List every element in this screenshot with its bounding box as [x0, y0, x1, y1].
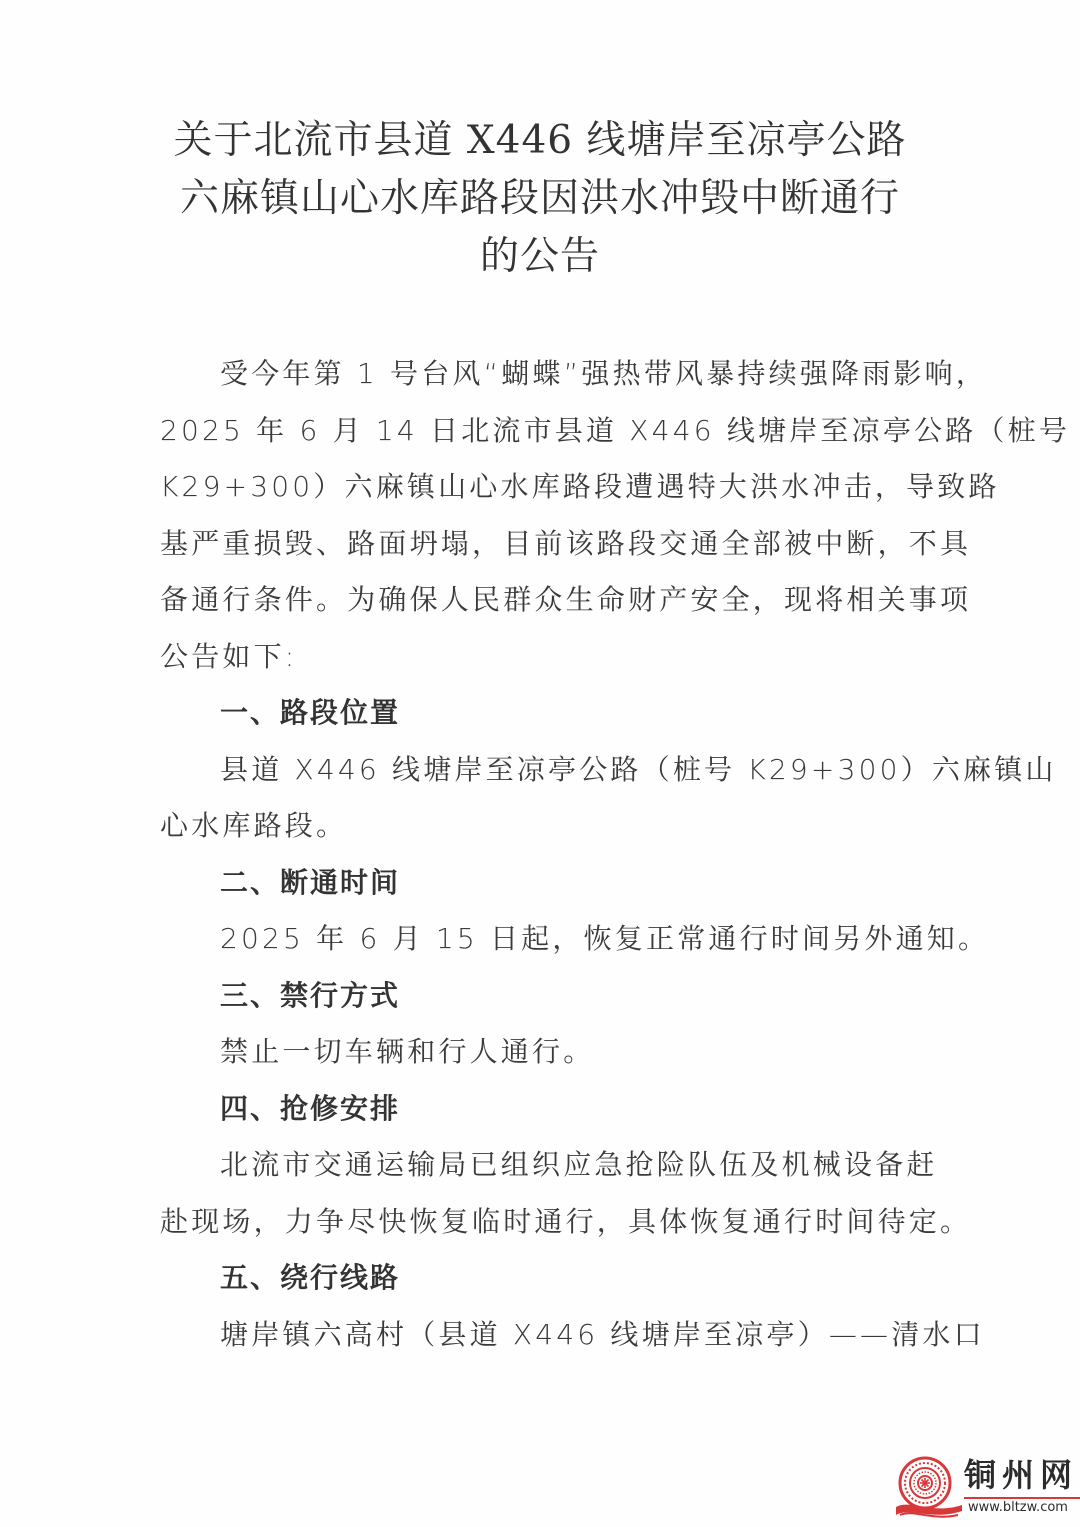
intro-line: 备通行条件。为确保人民群众生命财产安全，现将相关事项	[160, 572, 912, 629]
site-watermark: 铜州网 www.bltzw.com	[892, 1455, 1072, 1520]
section-line: 2025 年 6 月 15 日起，恢复正常通行时间另外通知。	[160, 911, 912, 968]
section-line: 北流市交通运输局已组织应急抢险队伍及机械设备赶	[160, 1137, 912, 1194]
section-heading-detour: 五、绕行线路	[160, 1250, 912, 1307]
intro-line: 受今年第 1 号台风“蝴蝶”强热带风暴持续强降雨影响，	[160, 346, 912, 403]
intro-line: 基严重损毁、路面坍塌，目前该路段交通全部被中断，不具	[160, 516, 912, 573]
section-heading-repair: 四、抢修安排	[160, 1081, 912, 1138]
document-body: 受今年第 1 号台风“蝴蝶”强热带风暴持续强降雨影响， 2025 年 6 月 1…	[160, 346, 912, 1363]
document-page: 关于北流市县道 X446 线塘岸至凉亭公路 六麻镇山心水库路段因洪水冲毁中断通行…	[0, 0, 1080, 1527]
intro-line: 公告如下:	[160, 629, 912, 686]
section-line: 塘岸镇六高村（县道 X446 线塘岸至凉亭）——清水口	[160, 1307, 912, 1364]
emblem-logo-icon	[892, 1455, 964, 1525]
section-line: 县道 X446 线塘岸至凉亭公路（桩号 K29+300）六麻镇山	[160, 742, 912, 799]
intro-line: 2025 年 6 月 14 日北流市县道 X446 线塘岸至凉亭公路（桩号	[160, 403, 912, 460]
site-name: 铜州网	[964, 1455, 1078, 1495]
section-heading-closure-time: 二、断通时间	[160, 855, 912, 912]
title-line-3: 的公告	[150, 228, 930, 286]
section-line: 心水库路段。	[160, 798, 912, 855]
section-line: 禁止一切车辆和行人通行。	[160, 1024, 912, 1081]
site-url: www.bltzw.com	[968, 1499, 1068, 1517]
title-line-2: 六麻镇山心水库路段因洪水冲毁中断通行	[150, 170, 930, 228]
document-title: 关于北流市县道 X446 线塘岸至凉亭公路 六麻镇山心水库路段因洪水冲毁中断通行…	[150, 112, 930, 286]
title-line-1: 关于北流市县道 X446 线塘岸至凉亭公路	[150, 112, 930, 170]
section-line: 赴现场，力争尽快恢复临时通行，具体恢复通行时间待定。	[160, 1194, 912, 1251]
intro-line: K29+300）六麻镇山心水库路段遭遇特大洪水冲击，导致路	[160, 459, 912, 516]
section-heading-restriction: 三、禁行方式	[160, 968, 912, 1025]
section-heading-location: 一、路段位置	[160, 685, 912, 742]
